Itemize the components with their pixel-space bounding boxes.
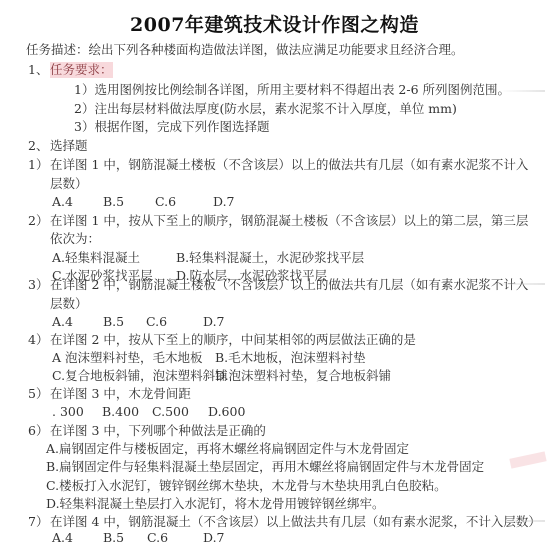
question-4-text: 在详图 2 中，按从下至上的顺序，中间某相邻的两层做法正确的是 <box>50 332 416 348</box>
section1-heading: 任务要求： <box>50 62 113 78</box>
option-d[interactable]: D.7 <box>203 530 225 542</box>
question-7-number: 7） <box>28 514 48 530</box>
option-a[interactable]: A 泡沫塑料衬垫，毛木地板 <box>52 350 203 366</box>
option-c[interactable]: C.6 <box>146 314 167 330</box>
question-3-text: 在详图 2 中，钢筋混凝土楼板（不含该层）以上的做法共有几层（如有素水泥浆不计入 <box>50 277 528 293</box>
requirement-item-1: 1）选用图例按比例绘制各详图，所用主要材料不得超出表 2-6 所列图例范围。 <box>74 82 510 98</box>
scan-artifact <box>495 520 545 522</box>
option-c[interactable]: C.复合地板斜铺，泡沫塑料斜铺 <box>52 368 228 384</box>
page-title: 2007年建筑技术设计作图之构造 <box>0 10 549 37</box>
question-2-number: 2） <box>28 213 48 229</box>
question-6-number: 6） <box>28 423 48 439</box>
watermark-mark <box>509 451 546 468</box>
option-c[interactable]: C.6 <box>147 530 168 542</box>
option-d[interactable]: D.600 <box>208 404 245 420</box>
option-d[interactable]: D.泡沫塑料衬垫，复合地板斜铺 <box>215 368 391 384</box>
question-5-number: 5） <box>28 386 48 402</box>
option-b[interactable]: B.5 <box>103 194 124 210</box>
option-b[interactable]: B.轻集料混凝土，水泥砂浆找平层 <box>176 250 364 266</box>
question-7-text: 在详图 4 中，钢筋混凝土（不含该层）以上做法共有几层（如有素水泥浆，不计入层数… <box>50 514 541 530</box>
option-b[interactable]: B.5 <box>103 530 124 542</box>
question-2-text-cont: 依次为： <box>50 231 100 247</box>
option-a[interactable]: . 300 <box>52 404 84 420</box>
question-1-number: 1） <box>28 157 48 173</box>
task-description: 任务描述：绘出下列各种楼面构造做法详图，做法应满足功能要求且经济合理。 <box>26 42 464 58</box>
option-a[interactable]: A.4 <box>52 530 73 542</box>
option-c[interactable]: C.500 <box>152 404 189 420</box>
question-3-text-cont: 层数） <box>50 296 88 312</box>
option-b[interactable]: B.400 <box>102 404 139 420</box>
question-3-number: 3） <box>28 277 48 293</box>
document-page: 2007年建筑技术设计作图之构造 任务描述：绘出下列各种楼面构造做法详图，做法应… <box>0 0 549 542</box>
question-1-text-cont: 层数） <box>50 176 88 192</box>
question-6-option-d[interactable]: D.轻集料混凝土垫层打入水泥钉，将木龙骨用镀锌钢丝绑牢。 <box>46 496 385 512</box>
option-a[interactable]: A.轻集料混凝土 <box>52 250 140 266</box>
question-1-text: 在详图 1 中，钢筋混凝土楼板（不含该层）以上的做法共有几层（如有素水泥浆不计入 <box>50 157 528 173</box>
section2-heading: 选择题 <box>50 138 88 154</box>
scan-artifact <box>500 90 545 92</box>
option-a[interactable]: A.4 <box>52 194 73 210</box>
section1-number: 1、 <box>28 62 48 78</box>
option-b[interactable]: B.5 <box>103 314 124 330</box>
question-5-text: 在详图 3 中，木龙骨间距 <box>50 386 191 402</box>
option-c[interactable]: C.6 <box>155 194 176 210</box>
section2-number: 2、 <box>28 138 48 154</box>
option-a[interactable]: A.4 <box>52 314 73 330</box>
requirement-item-2: 2）注出每层材料做法厚度(防水层，素水泥浆不计入厚度，单位 mm) <box>74 101 457 117</box>
question-6-option-c[interactable]: C.楼板打入水泥钉，镀锌钢丝绑木垫块，木龙骨与木垫块用乳白色胶粘。 <box>46 478 447 494</box>
requirement-item-3: 3）根据作图，完成下列作图选择题 <box>74 119 269 135</box>
question-4-number: 4） <box>28 332 48 348</box>
question-6-option-b[interactable]: B.扁钢固定件与轻集料混凝土垫层固定，再用木螺丝将扁钢固定件与木龙骨固定 <box>46 459 484 475</box>
question-2-text: 在详图 1 中，按从下至上的顺序，钢筋混凝土楼板（不含该层）以上的第二层，第三层 <box>50 213 528 229</box>
option-d[interactable]: D.7 <box>203 314 225 330</box>
scan-artifact <box>490 283 545 285</box>
question-6-option-a[interactable]: A.扁钢固定件与楼板固定，再将木螺丝将扁钢固定件与木龙骨固定 <box>46 441 409 457</box>
option-d[interactable]: D.7 <box>213 194 235 210</box>
option-b[interactable]: B.毛木地板，泡沫塑料衬垫 <box>215 350 366 366</box>
question-6-text: 在详图 3 中，下列哪个种做法是正确的 <box>50 423 266 439</box>
